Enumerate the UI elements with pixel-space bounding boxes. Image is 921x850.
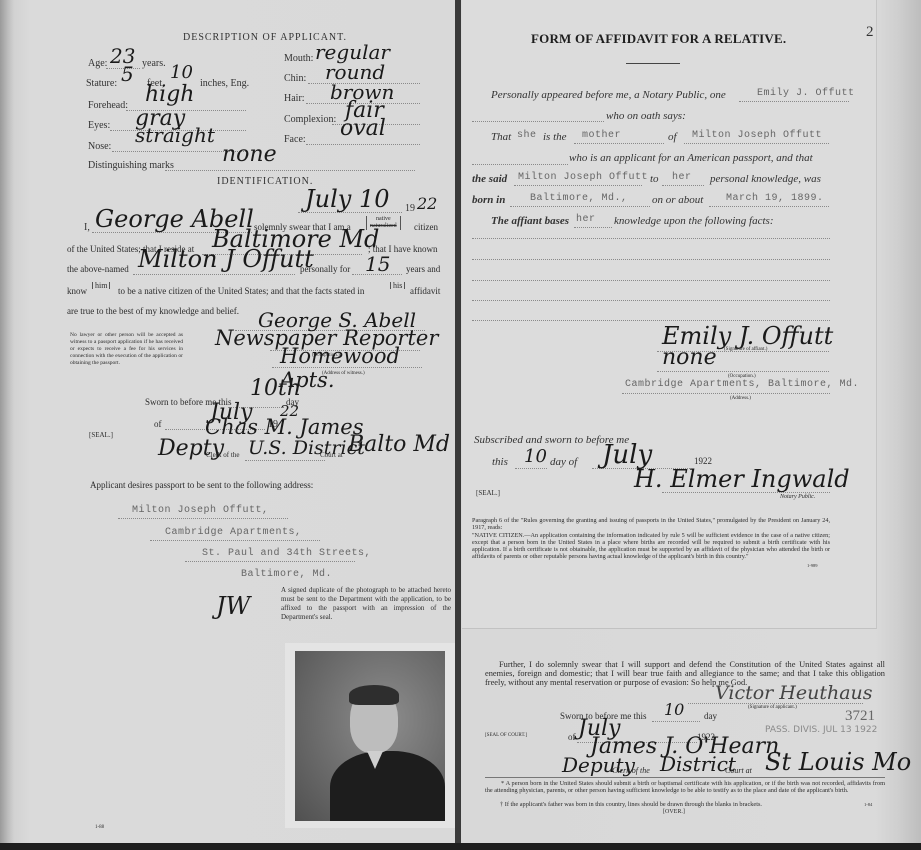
footnote-father: † If the applicant's father was born in … — [500, 801, 860, 808]
age-unit: years. — [142, 58, 166, 69]
bases-text-b: knowledge upon the following facts: — [614, 215, 773, 227]
nose-label: Nose: — [88, 141, 111, 152]
knowledge-text: personal knowledge, was — [710, 173, 821, 185]
applicant-signature: Victor Heuthaus — [715, 682, 873, 704]
clerk-of-label: Clerk of the — [206, 451, 239, 459]
notary-signature: H. Elmer Ingwald — [634, 465, 850, 493]
facts-line-2 — [472, 259, 830, 260]
facts-line-1 — [472, 238, 830, 239]
identification-heading: IDENTIFICATION. — [217, 176, 313, 187]
oath-court-at-label: Court at — [725, 766, 752, 775]
this-label: this — [492, 456, 508, 468]
day-of-label: day of — [550, 456, 577, 468]
mouth-label: Mouth: — [284, 53, 313, 64]
oath-text: who on oath says: — [606, 110, 686, 122]
face-label: Face: — [284, 134, 306, 145]
relation-of-label: of — [668, 131, 677, 143]
notary-caption: Notary Public. — [780, 494, 815, 501]
nose-value: straight — [135, 123, 215, 147]
stature-inches-value: 10 — [170, 62, 193, 83]
him-bracket: him — [92, 282, 110, 289]
stature-feet-value: 5 — [121, 62, 134, 86]
year-prefix: 19 — [405, 203, 415, 214]
clerk-initials: JW — [216, 592, 250, 620]
rules-intro: Paragraph 6 of the "Rules governing the … — [472, 517, 830, 531]
oath-court-location: St Louis Mo — [765, 748, 911, 776]
affiant-address: Cambridge Apartments, Baltimore, Md. — [625, 379, 859, 390]
personally-for-label: personally for — [300, 264, 350, 274]
citizen-label: citizen — [414, 222, 438, 232]
bases-pronoun: her — [576, 214, 596, 225]
notary-seal-label: [SEAL.] — [476, 489, 500, 497]
applicant-name-typed: Milton Joseph Offutt — [692, 130, 822, 141]
his-bracket: his — [390, 282, 405, 289]
over-label: [OVER.] — [663, 809, 685, 816]
signature-caption: (Signature of affiant.) — [724, 346, 767, 353]
hair-label: Hair: — [284, 93, 305, 104]
rules-quote: "NATIVE CITIZEN.—An application containi… — [472, 532, 830, 560]
identification-date: July 10 — [305, 185, 389, 213]
mailing-line-4: Baltimore, Md. — [241, 569, 332, 580]
oath-of-label: of — [568, 732, 576, 742]
marks-label: Distinguishing marks — [88, 160, 174, 171]
age-label: Age: — [88, 58, 107, 69]
applicant-signature-caption: (Signature of applicant.) — [748, 704, 797, 711]
oath-clerk-of-label: Clerk of the — [612, 766, 650, 775]
inches-label: inches, Eng. — [200, 78, 249, 89]
received-stamp: PASS. DIVIS. JUL 13 1922 — [765, 725, 877, 735]
said-name: Milton Joseph Offutt — [518, 172, 648, 183]
that-label: That — [491, 131, 511, 143]
mailing-line-1: Milton Joseph Offutt, — [132, 505, 269, 516]
applicant-name-handwritten: Milton J Offutt — [138, 245, 314, 273]
identification-year: 22 — [417, 194, 437, 213]
know-label: know — [67, 286, 87, 296]
eyes-label: Eyes: — [88, 120, 110, 131]
left-page: DESCRIPTION OF APPLICANT. Age: 23 years.… — [0, 0, 456, 846]
appeared-text: Personally appeared before me, a Notary … — [491, 89, 726, 101]
chin-label: Chin: — [284, 73, 306, 84]
clerk-signature: Chas M. James — [205, 415, 363, 439]
the-said-label: the said — [472, 173, 507, 185]
court-seal-label: [SEAL OF COURT.] — [485, 733, 527, 738]
address-caption-right: (Address.) — [730, 395, 751, 402]
left-form-code: 1-88 — [95, 824, 104, 831]
book-bottom-edge — [0, 843, 921, 850]
affidavit-slip: FORM OF AFFIDAVIT FOR A RELATIVE. Person… — [462, 0, 877, 629]
stature-label: Stature: — [86, 78, 117, 89]
years-known-value: 15 — [365, 252, 390, 276]
court-at-label: Court at — [320, 451, 343, 459]
file-number: 3721 — [845, 708, 875, 725]
page-number: 2 — [866, 24, 874, 41]
years-and-label: years and — [406, 264, 440, 274]
lawyer-note: No lawyer or other person will be accept… — [70, 332, 183, 367]
mailing-label: Applicant desires passport to be sent to… — [90, 480, 313, 490]
court-location: Balto Md — [348, 432, 450, 457]
birth-date-value: March 19, 1899. — [726, 193, 824, 204]
relation-value: mother — [582, 130, 621, 141]
affiant-name: Emily J. Offutt — [757, 88, 855, 99]
sworn-of-label: of — [154, 419, 162, 429]
i-label: I, — [84, 222, 90, 233]
face-value: oval — [340, 116, 386, 141]
oath-day-label: day — [704, 711, 717, 721]
footnote-birth-certificate: * A person born in the United States sho… — [485, 780, 885, 794]
pronoun-value: she — [517, 130, 537, 141]
born-in-label: born in — [472, 194, 505, 206]
affidavit-label: affidavit — [410, 286, 440, 296]
to-label: to — [650, 173, 659, 185]
true-text: are true to the best of my knowledge and… — [67, 306, 239, 316]
notary-day: 10 — [524, 446, 547, 467]
facts-line-5 — [472, 320, 830, 321]
citizen-type-native: native — [370, 216, 397, 223]
mailing-line-2: Cambridge Apartments, — [165, 527, 302, 538]
is-the-label: is the — [543, 131, 567, 143]
witness-address: Homewood Apts. — [280, 344, 456, 392]
possessive-value: her — [672, 172, 692, 183]
complexion-label: Complexion: — [284, 114, 336, 125]
applicant-photo — [285, 643, 457, 828]
on-or-about-label: on or about — [652, 194, 703, 206]
facts-line-4 — [472, 300, 830, 301]
oath-form-code: 1-84 — [864, 801, 872, 808]
facts-line-3 — [472, 280, 830, 281]
photo-note: A signed duplicate of the photograph to … — [281, 586, 451, 622]
birthplace-value: Baltimore, Md., — [530, 193, 628, 204]
marks-value: none — [222, 142, 277, 167]
oath-sworn-day: 10 — [664, 700, 684, 719]
mailing-line-3: St. Paul and 34th Streets, — [202, 548, 371, 559]
affidavit-title: FORM OF AFFIDAVIT FOR A RELATIVE. — [531, 31, 786, 47]
forehead-label: Forehead: — [88, 100, 128, 111]
left-seal-label: [SEAL.] — [89, 431, 113, 439]
forehead-value: high — [145, 82, 194, 107]
address-caption: (Address of witness.) — [322, 370, 365, 377]
applicant-text: who is an applicant for an American pass… — [569, 152, 813, 164]
bases-text-a: The affiant bases — [491, 215, 569, 227]
slip-code: 1-989 — [807, 562, 818, 569]
above-named-label: the above-named — [67, 264, 129, 274]
affiant-occupation: none — [662, 345, 717, 370]
native-citizen-text: to be a native citizen of the United Sta… — [118, 286, 364, 296]
